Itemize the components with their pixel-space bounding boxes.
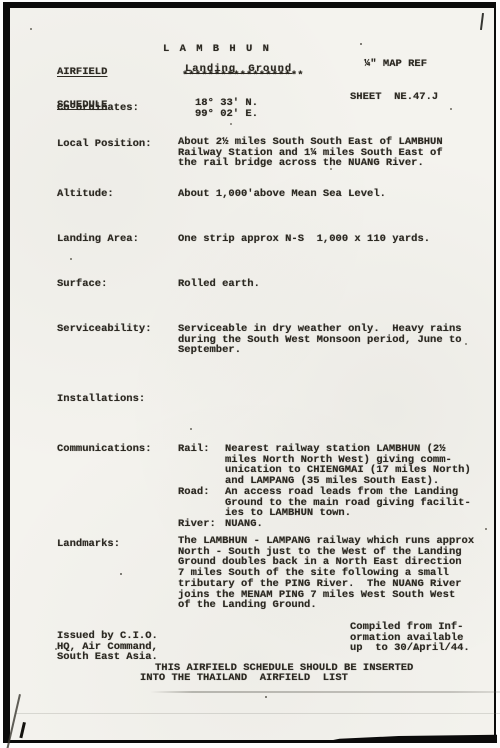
compiled-from-block: Compiled from Inf- ormation available up… [350,622,470,654]
doc-type-line1: AIRFIELD [57,67,107,78]
field-label: Surface: [57,279,107,290]
communications-road: Road: An access road leads from the Land… [178,487,471,519]
field-value: The LAMBHUN - LAMPANG railway which runs… [178,536,474,611]
document-page: AIRFIELD SCHEDULE L A M B H U N Landing … [3,2,496,743]
field-label: Communications: [57,444,152,455]
field-value: About 1,000'above Mean Sea Level. [178,189,386,200]
communications-entries: Rail: Nearest railway station LAMBHUN (2… [178,444,471,530]
communications-river: River: NUANG. [178,519,471,530]
field-label: Landing Area: [57,234,139,245]
issued-by-block: Issued by C.I.O. HQ, Air Command, South … [57,631,158,663]
entry-key: Road: [178,487,225,519]
field-value: 18° 33' N. 99° 02' E. [195,98,258,119]
map-reference: ¼" MAP REF SHEET NE.47.J [350,38,438,124]
paper-crease-mark [19,722,26,738]
field-label: Altitude: [57,189,114,200]
page-title: L A M B H U N [163,44,271,55]
map-ref-line1: ¼" MAP REF [350,59,438,70]
entry-key: Rail: [178,444,225,487]
insertion-note-line2: INTO THE THAILAND AIRFIELD LIST [140,673,348,684]
scan-streak-artifact [150,691,500,693]
field-value: One strip approx N-S 1,000 x 110 yards. [178,234,430,245]
field-label: Local Position: [57,139,152,150]
entry-key: River: [178,519,225,530]
scan-speckles [30,28,32,30]
communications-rail: Rail: Nearest railway station LAMBHUN (2… [178,444,471,487]
scan-line-artifact [15,713,500,714]
field-value: Serviceable in dry weather only. Heavy r… [178,324,462,356]
doc-type-heading: AIRFIELD SCHEDULE [57,46,107,132]
field-value: Rolled earth. [178,279,260,290]
frame-corner-tick [480,13,484,30]
entry-text: NUANG. [225,519,471,530]
field-label: Landmarks: [57,539,120,550]
field-value: About 2½ miles South South East of LAMBH… [178,137,443,169]
entry-text: Nearest railway station LAMBHUN (2½ mile… [225,444,471,487]
paper-crease-bottom-left [5,694,21,748]
field-label: Installations: [57,394,145,405]
map-ref-line2: SHEET NE.47.J [350,92,438,103]
subtitle-asterisk-rule: ******************* [182,71,304,82]
field-label: Co-ordinates: [57,103,139,114]
field-label: Serviceability: [57,324,152,335]
scanned-document: AIRFIELD SCHEDULE L A M B H U N Landing … [0,0,500,748]
entry-text: An access road leads from the Landing Gr… [225,487,471,519]
